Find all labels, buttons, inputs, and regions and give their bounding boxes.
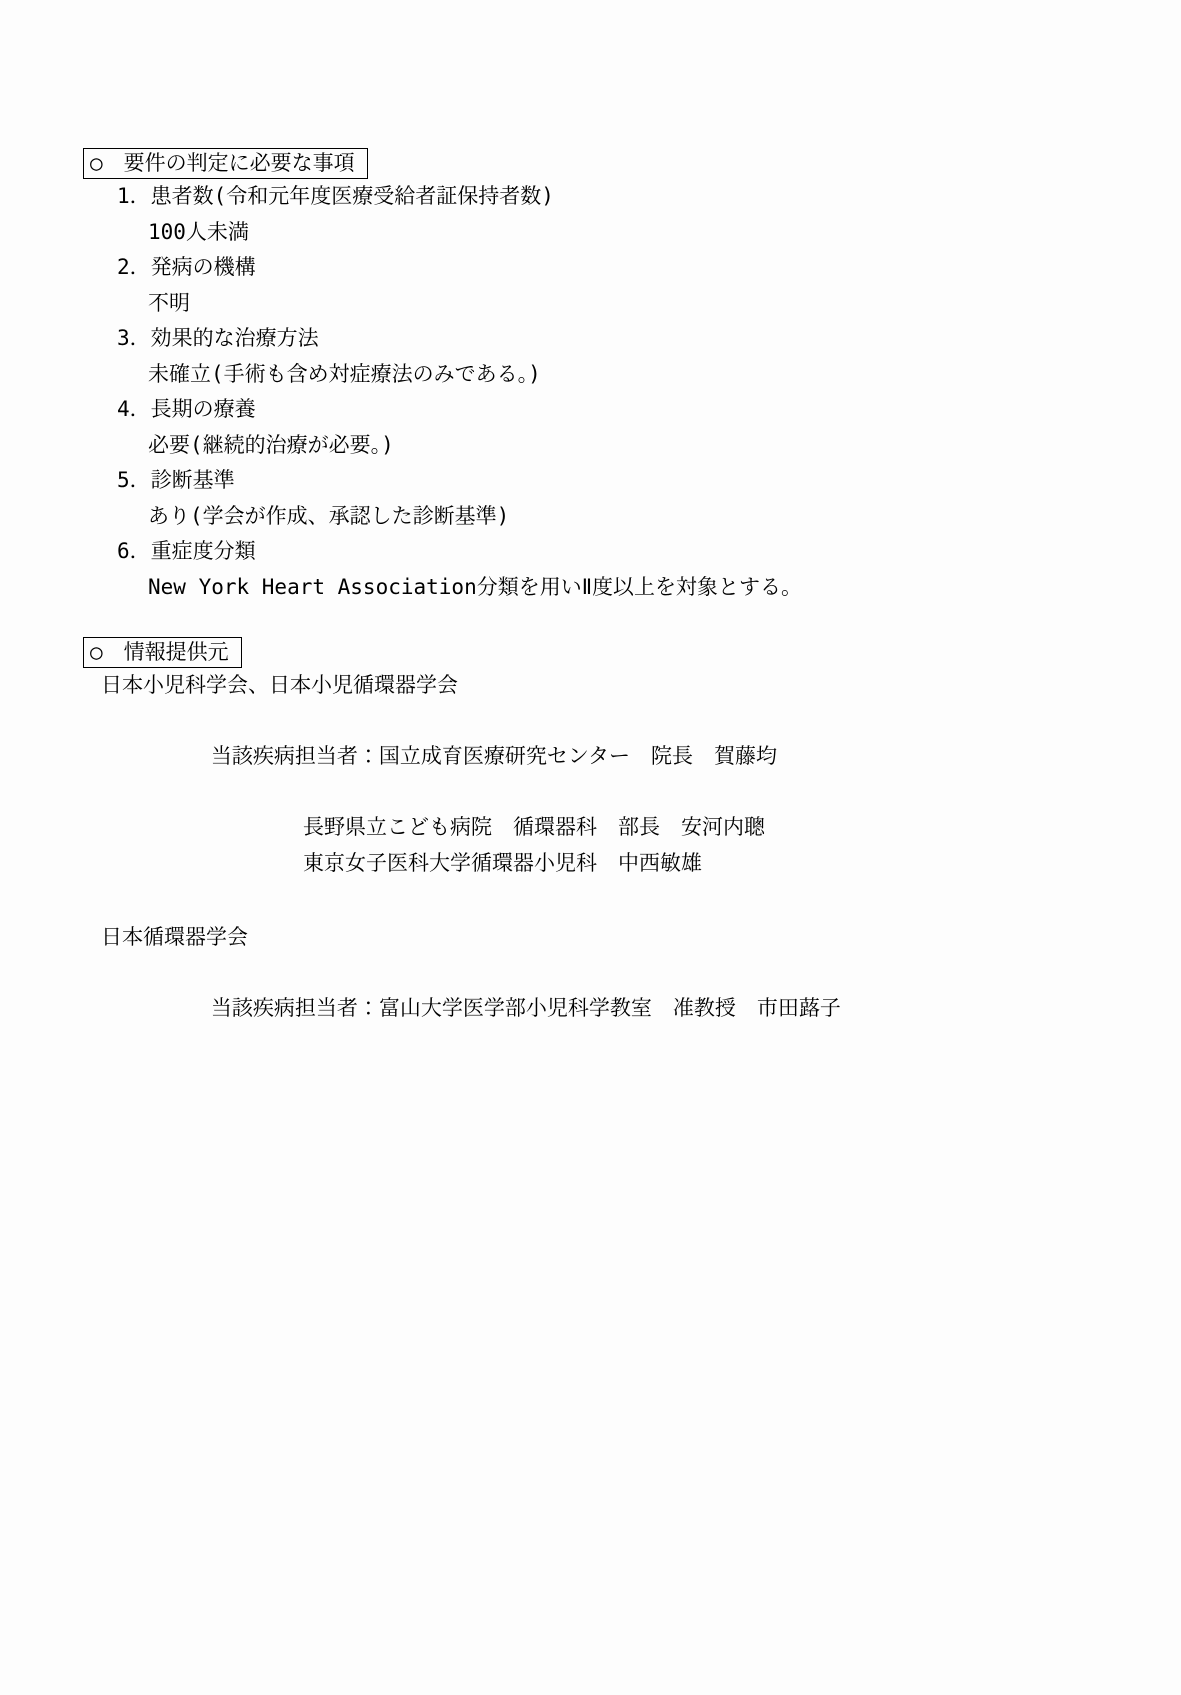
requirement-item-label: 1．患者数(令和元年度医療受給者証保持者数) (83, 179, 841, 215)
contact-person: 富山大学医学部小児科学教室 准教授 市田蕗子 (379, 996, 841, 1020)
contact-person: 国立成育医療研究センター 院長 賀藤均 (379, 744, 777, 768)
contact-line: 当該疾病担当者：富山大学医学部小児科学教室 准教授 市田蕗子 (83, 956, 841, 1063)
requirement-item-answer: あり(学会が作成、承認した診断基準) (83, 499, 841, 535)
requirement-item-label: 3．効果的な治療方法 (83, 321, 841, 357)
requirement-item-label: 4．長期の療養 (83, 392, 841, 428)
contact-person-label: 当該疾病担当者： (211, 744, 379, 768)
requirement-item-label: 2．発病の機構 (83, 250, 841, 286)
requirement-item-label: 6．重症度分類 (83, 534, 841, 570)
contact-person-label: 当該疾病担当者： (211, 996, 379, 1020)
requirements-heading-box: ○ 要件の判定に必要な事項 (83, 148, 368, 179)
requirement-item-answer: 必要(継続的治療が必要。) (83, 428, 841, 464)
requirement-item-answer: 不明 (83, 286, 841, 322)
document-content: ○ 要件の判定に必要な事項 1．患者数(令和元年度医療受給者証保持者数) 100… (83, 148, 841, 1062)
contact-person: 東京女子医科大学循環器小児科 中西敏雄 (83, 846, 841, 882)
provider-organization: 日本小児科学会、日本小児循環器学会 (83, 668, 841, 704)
contact-person: 長野県立こども病院 循環器科 部長 安河内聰 (83, 810, 841, 846)
document-page: ○ 要件の判定に必要な事項 1．患者数(令和元年度医療受給者証保持者数) 100… (0, 0, 1181, 1695)
requirement-item-answer: New York Heart Association分類を用いⅡ度以上を対象とす… (83, 570, 841, 606)
requirement-item-label: 5．診断基準 (83, 463, 841, 499)
contact-line: 当該疾病担当者：国立成育医療研究センター 院長 賀藤均 (83, 704, 841, 811)
provider-organization: 日本循環器学会 (83, 920, 841, 956)
providers-heading-box: ○ 情報提供元 (83, 637, 242, 668)
requirement-item-answer: 未確立(手術も含め対症療法のみである。) (83, 357, 841, 393)
requirement-item-answer: 100人未満 (83, 215, 841, 251)
